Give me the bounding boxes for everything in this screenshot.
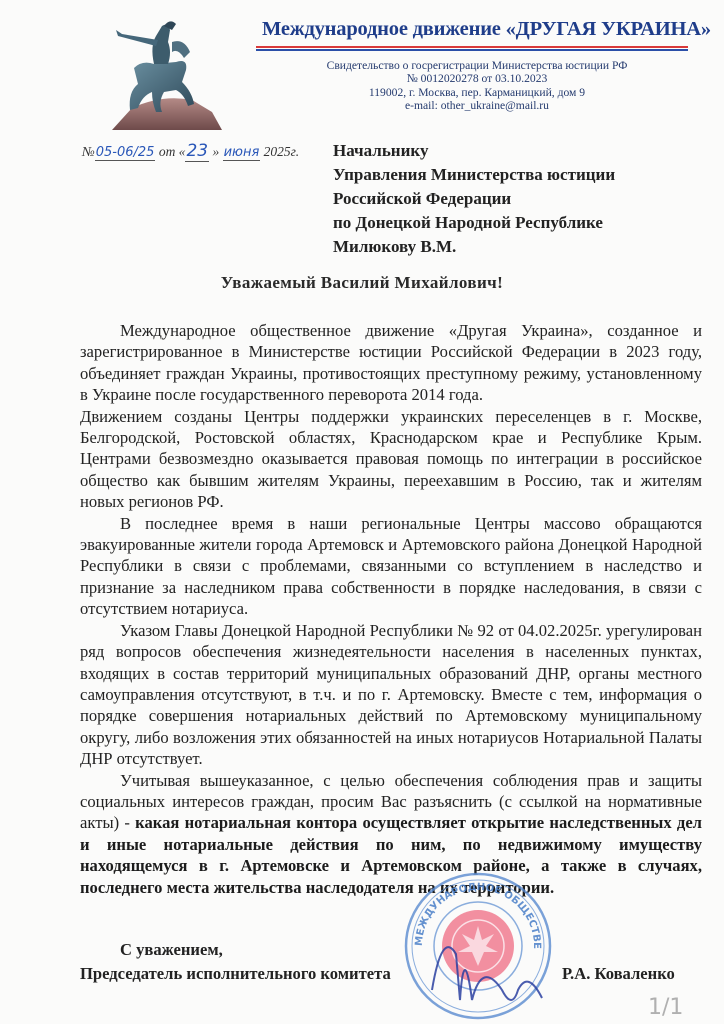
letter-body: Международное общественное движение «Дру… <box>80 320 702 898</box>
reference-month: июня <box>223 145 261 161</box>
request-bold: какая нотариальная контора осуществляет … <box>80 813 702 896</box>
registration-info: Свидетельство о госрегистрации Министерс… <box>262 59 692 113</box>
reference-number: 05-06/25 <box>95 145 156 161</box>
registration-number: № 0012020278 от 03.10.2023 <box>262 72 692 85</box>
reference-line: №05-06/25 от «23 » июня 2025г. <box>82 141 299 161</box>
reference-day: 23 <box>185 141 209 162</box>
email: e-mail: other_ukraine@mail.ru <box>262 99 692 112</box>
body-paragraph: Указом Главы Донецкой Народной Республик… <box>80 620 702 770</box>
addressee-line: по Донецкой Народной Республике <box>333 211 615 235</box>
from-label: от « <box>159 144 186 159</box>
addressee-line: Российской Федерации <box>333 187 615 211</box>
body-paragraph: Движением созданы Центры поддержки украи… <box>80 406 702 513</box>
tricolor-rule <box>256 46 688 52</box>
signer-name: Р.А. Коваленко <box>562 964 675 984</box>
addressee-line: Управления Министерства юстиции <box>333 163 615 187</box>
round-seal-stamp-icon: МЕЖДУНАРОДНОЕ ОБЩЕСТВЕННОЕ ДВИЖЕНИЕ <box>402 870 554 1022</box>
number-prefix: № <box>82 144 95 159</box>
page-indicator: 1/1 <box>648 995 683 1020</box>
greeting: Уважаемый Василий Михайлович! <box>0 273 724 293</box>
addressee-block: Начальнику Управления Министерства юстиц… <box>333 139 615 259</box>
registration-certificate: Свидетельство о госрегистрации Министерс… <box>262 59 692 72</box>
body-paragraph: Международное общественное движение «Дру… <box>80 320 702 406</box>
reference-year: 2025г. <box>264 144 299 159</box>
closing-regards: С уважением, <box>120 940 223 960</box>
org-title: Международное движение «ДРУГАЯ УКРАИНА» <box>262 18 692 41</box>
request-paragraph: Учитывая вышеуказанное, с целью обеспече… <box>80 770 702 898</box>
close-quote: » <box>212 144 219 159</box>
addressee-line: Милюкову В.М. <box>333 235 615 259</box>
equestrian-statue-logo-icon <box>72 12 232 132</box>
address: 119002, г. Москва, пер. Карманицкий, дом… <box>262 86 692 99</box>
signer-position: Председатель исполнительного комитета <box>80 964 391 984</box>
body-paragraph: В последнее время в наши региональные Це… <box>80 513 702 620</box>
addressee-line: Начальнику <box>333 139 615 163</box>
